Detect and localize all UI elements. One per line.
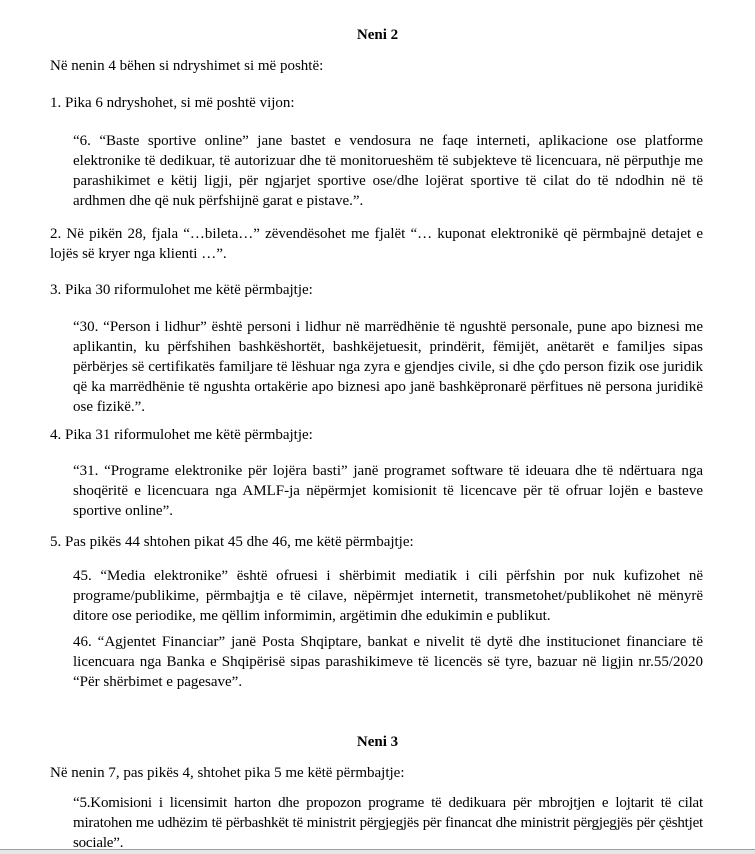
item-3-label: 3. Pika 30 riformulohet me këtë përmbajt… [50, 280, 313, 300]
item-1-quote: “6. “Baste sportive online” jane bastet … [73, 131, 703, 211]
item-5-label: 5. Pas pikës 44 shtohen pikat 45 dhe 46,… [50, 532, 414, 552]
article-2-intro: Në nenin 4 bëhen si ndryshimet si më pos… [50, 56, 323, 76]
item-1-label: 1. Pika 6 ndryshohet, si më poshtë vijon… [50, 93, 295, 113]
document-page: Neni 2 Në nenin 4 bëhen si ndryshimet si… [0, 0, 755, 848]
item-5-quote-46: 46. “Agjentet Financiar” janë Posta Shqi… [73, 632, 703, 692]
article-3-intro: Në nenin 7, pas pikës 4, shtohet pika 5 … [50, 763, 405, 783]
item-2-text: 2. Në pikën 28, fjala “…bileta…” zëvendë… [50, 224, 703, 264]
item-5-quote-45: 45. “Media elektronike” është ofruesi i … [73, 566, 703, 626]
article-3-heading: Neni 3 [0, 734, 755, 751]
window-bottom-edge [0, 849, 755, 854]
item-4-quote: “31. “Programe elektronike për lojëra ba… [73, 461, 703, 521]
item-3-quote: “30. “Person i lidhur” është personi i l… [73, 317, 703, 417]
item-4-label: 4. Pika 31 riformulohet me këtë përmbajt… [50, 425, 313, 445]
article-2-heading: Neni 2 [0, 27, 755, 44]
article-3-quote: “5.Komisioni i licensimit harton dhe pro… [73, 793, 703, 853]
